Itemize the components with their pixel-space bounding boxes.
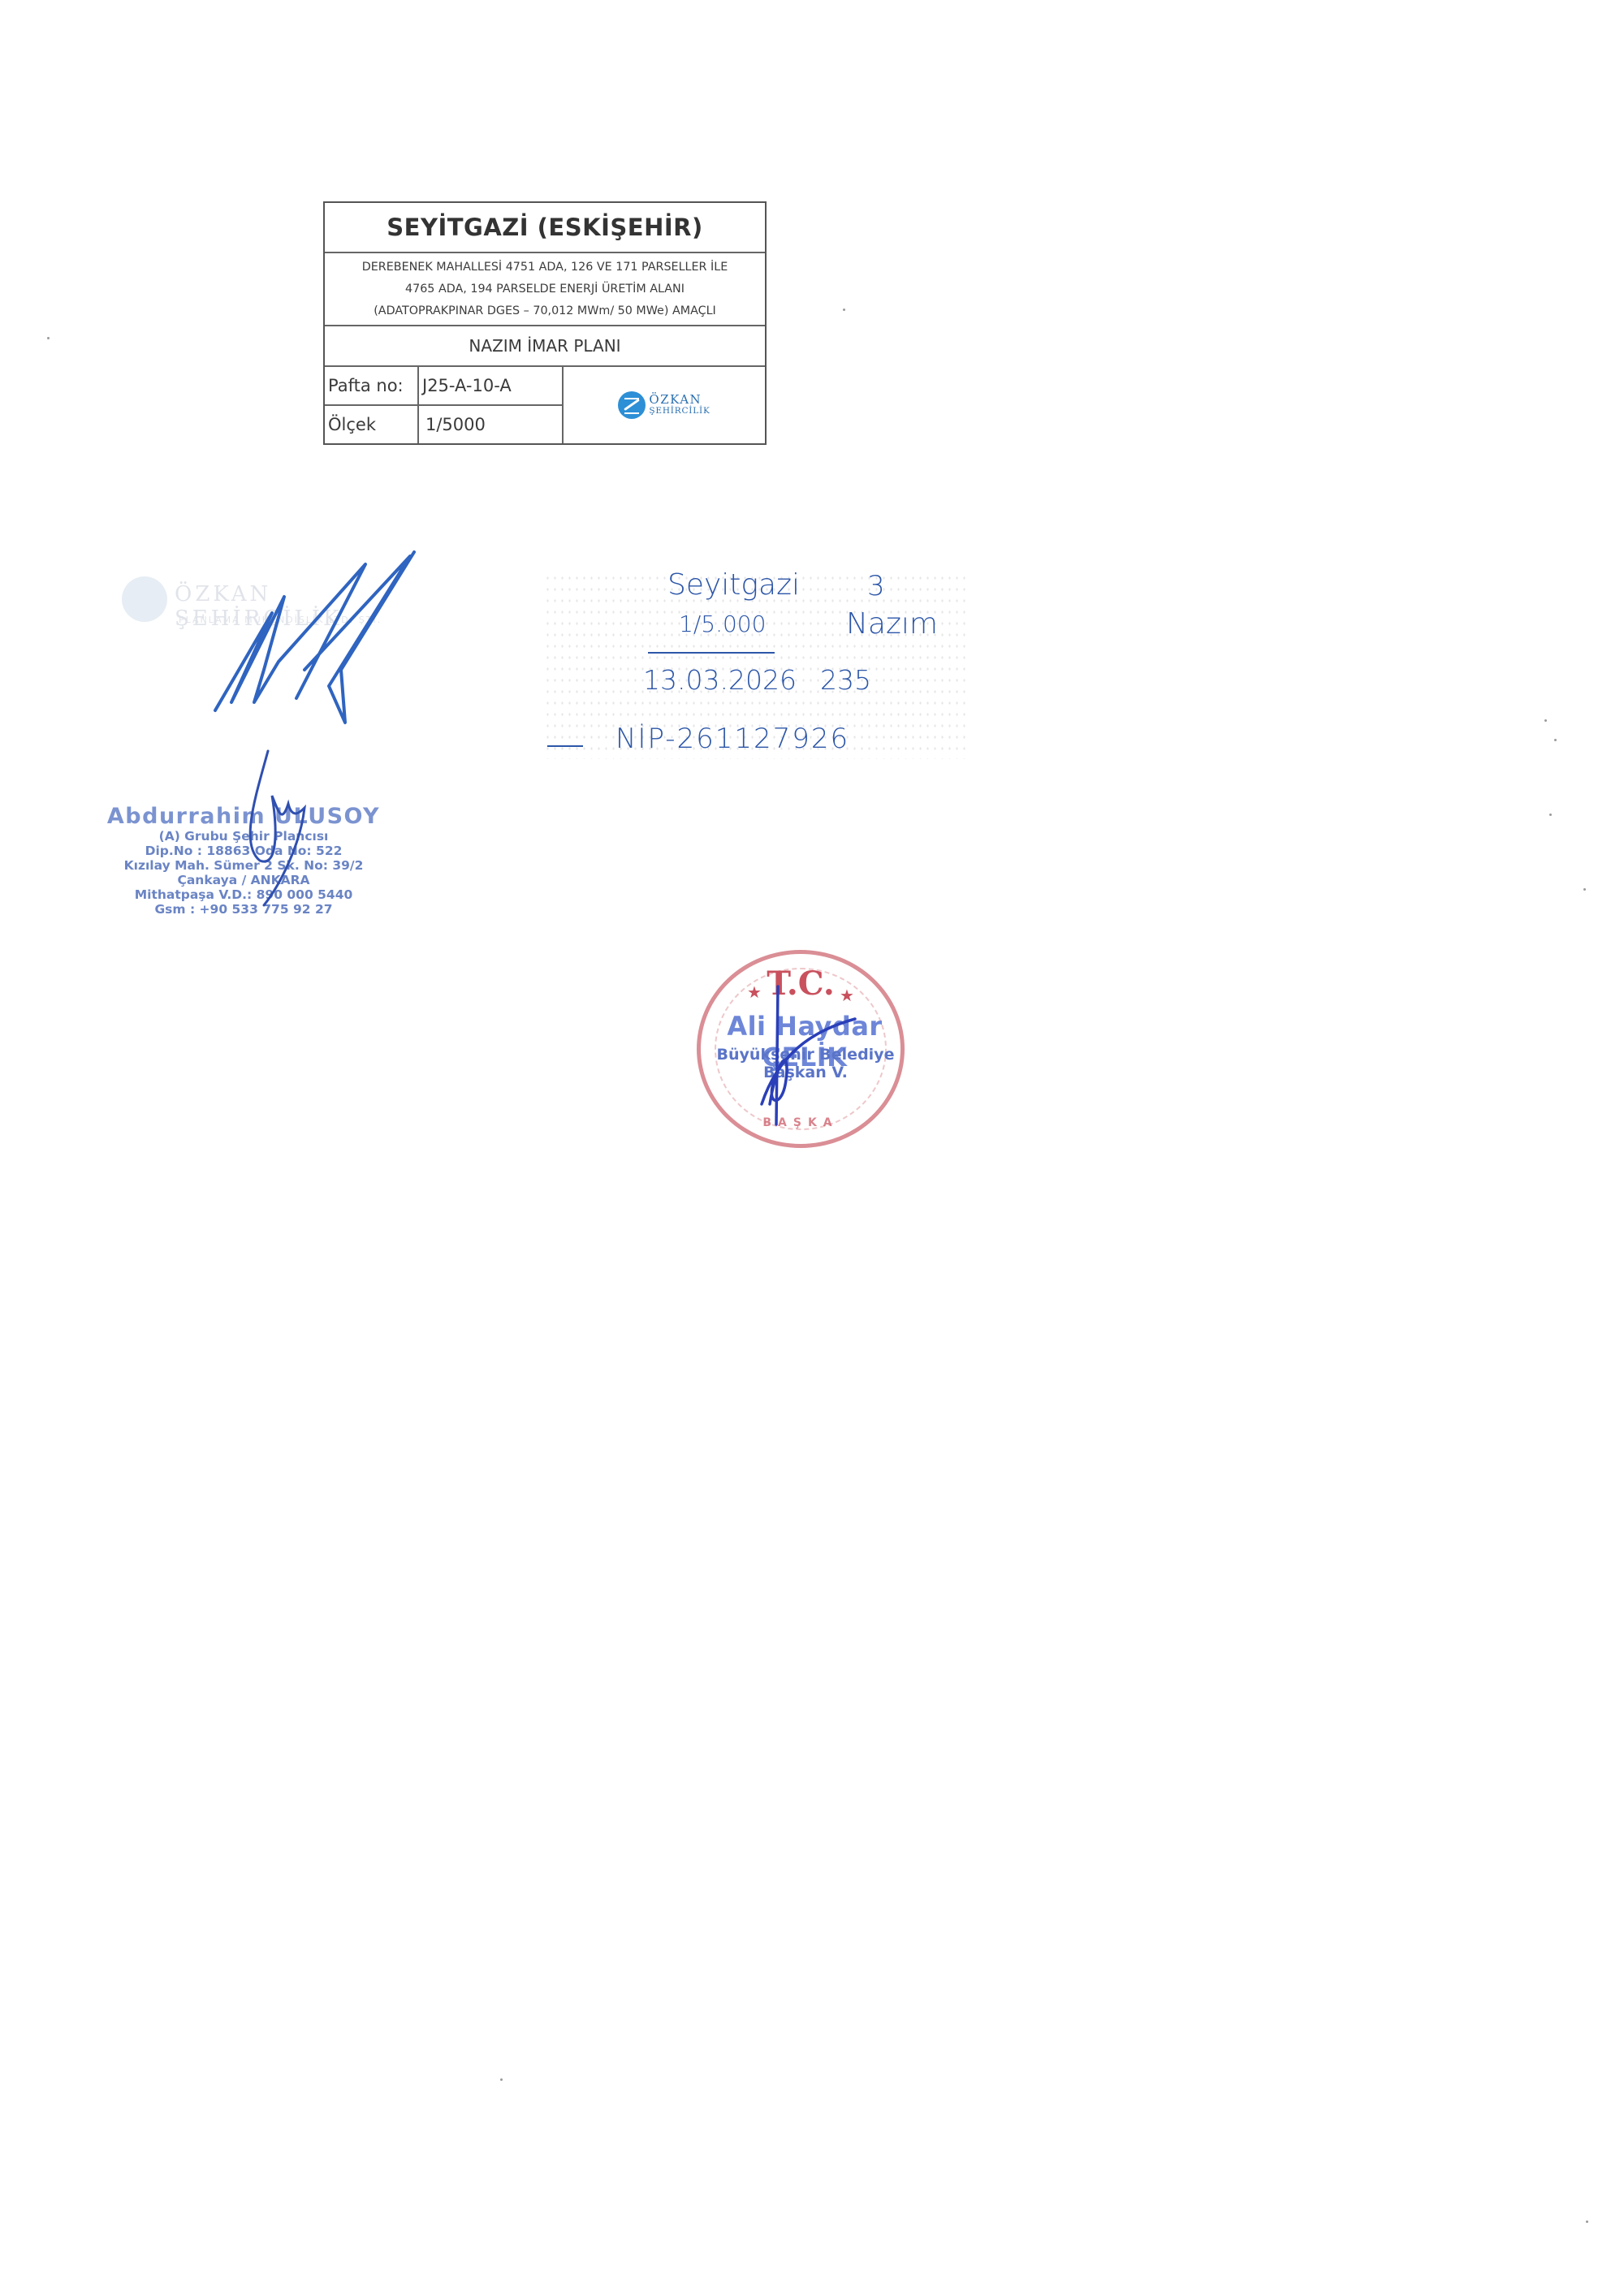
registry-scale: 1/5.000: [679, 611, 766, 637]
scan-speck: [1544, 719, 1547, 722]
plan-location-title: SEYİTGAZİ (ESKİŞEHİR): [325, 203, 765, 253]
scan-speck: [1549, 814, 1552, 816]
scan-speck: [1586, 2220, 1588, 2223]
scan-speck: [500, 2078, 503, 2081]
sheet-number-label: Pafta no:: [325, 367, 419, 406]
registry-plan-type: Nazım: [846, 607, 938, 641]
logo-line2: ŞEHİRCİLİK: [649, 405, 710, 416]
signature-planner-initials-icon: [231, 747, 321, 909]
plan-description-line: 4765 ADA, 194 PARSELDE ENERJİ ÜRETİM ALA…: [405, 278, 685, 300]
scale-label: Ölçek: [325, 406, 419, 443]
logo-line1: ÖZKAN: [649, 394, 710, 405]
registry-district: Seyitgazi: [667, 568, 800, 602]
scan-speck: [47, 337, 50, 339]
registry-dash: [547, 745, 583, 747]
scan-speck: [843, 309, 845, 311]
plan-type: NAZIM İMAR PLANI: [325, 326, 765, 367]
scan-speck: [1583, 888, 1586, 891]
registry-number: 235: [820, 664, 871, 696]
logo-wordmark: ÖZKAN ŞEHİRCİLİK: [649, 394, 710, 416]
registry-underline: [648, 652, 775, 654]
company-logo: ÖZKAN ŞEHİRCİLİK: [564, 367, 765, 443]
stamp-logo-icon: [122, 576, 167, 622]
sheet-number-value: J25-A-10-A: [419, 367, 564, 406]
plan-description-line: DEREBENEK MAHALLESİ 4751 ADA, 126 VE 171…: [362, 257, 728, 278]
plan-description-line: (ADATOPRAKPINAR DGES – 70,012 MWm/ 50 MW…: [374, 300, 716, 322]
municipal-seal: ★ ★ T.C. Ali Haydar ÇELİK Büyükşehir Bel…: [697, 950, 905, 1148]
scan-speck: [1554, 739, 1557, 741]
title-block-table: SEYİTGAZİ (ESKİŞEHİR) DEREBENEK MAHALLES…: [323, 201, 767, 445]
ozkan-logo-icon: [618, 391, 646, 419]
registry-date: 13.03.2026: [643, 664, 797, 696]
registry-count: 3: [867, 570, 885, 602]
signature-official-icon: [745, 982, 859, 1129]
signature-planner-icon: [207, 548, 426, 735]
registry-plan-id: NİP-261127926: [615, 723, 849, 755]
plan-description: DEREBENEK MAHALLESİ 4751 ADA, 126 VE 171…: [325, 253, 765, 326]
scale-value: 1/5000: [419, 406, 564, 443]
